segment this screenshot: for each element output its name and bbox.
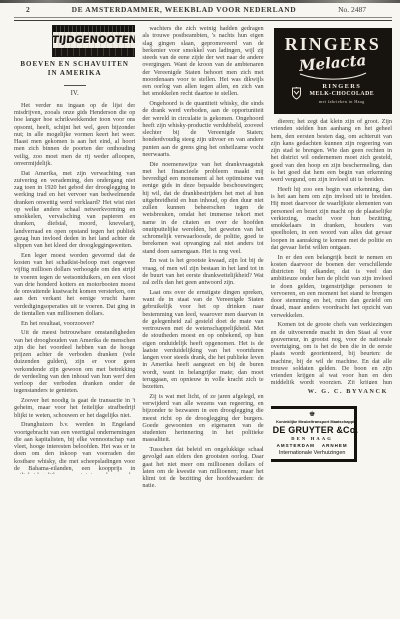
paragraph: Ongehoord is de quantiteit whisky, die s… bbox=[142, 100, 263, 158]
column-3: RINGERS Melacta RINGERS MELK-CHOCOLADE m… bbox=[271, 22, 392, 497]
newspaper-page: 2 DE AMSTERDAMMER, WEEKBLAD VOOR NEDERLA… bbox=[0, 0, 400, 619]
paragraph: wachters die zich weinig hadden gedragen… bbox=[142, 25, 263, 98]
column-3-text: dieren; het zegt dat klein zijn of groot… bbox=[271, 118, 392, 384]
gruyter-branch-amsterdam: AMSTERDAM bbox=[277, 443, 315, 448]
paragraph: Dranghuizen b.v. werden in Engeland voor… bbox=[14, 421, 135, 474]
paragraph: Heeft hij zoo een begin van erkenning, d… bbox=[271, 186, 392, 251]
gruyter-service-line: Internationale Verhuizingen bbox=[273, 450, 352, 456]
ringers-sub-brand: RINGERS bbox=[309, 83, 374, 91]
paragraph: Het verder nu ingaan op de lijst der mis… bbox=[14, 102, 135, 167]
crest-icon bbox=[291, 87, 302, 100]
ringers-tagline: met fabrieken in Haag bbox=[309, 99, 374, 104]
ringers-product-name: Melacta bbox=[299, 53, 367, 74]
column-2-text: wachters die zich weinig hadden gedragen… bbox=[142, 22, 263, 488]
paragraph: En het resultaat, voorzoover? bbox=[14, 320, 135, 327]
paragraph: In er den een belangrijk bezit te nemen … bbox=[271, 254, 392, 319]
ringers-sub-product: MELK-CHOCOLADE bbox=[309, 91, 374, 98]
article-title-line1: BOEVEN EN SCHAVUITEN bbox=[14, 60, 135, 69]
paragraph: Een leger moest worden gevormd dat de ko… bbox=[14, 252, 135, 317]
tijdgenooten-logo: TIJDGENOOTEN bbox=[52, 25, 135, 57]
paragraph: Dat Amerika, met zijn verwachting van zu… bbox=[14, 170, 135, 250]
author-signature: W. G. C. BYVANCK bbox=[271, 388, 388, 395]
logo-title: TIJDGENOOTEN bbox=[51, 35, 135, 46]
paragraph: Zoover het noodig is gaat de transactie … bbox=[14, 397, 135, 419]
paragraph: Tusschen dat beleid en ongelukkige schaa… bbox=[142, 446, 263, 488]
gruyter-company-type: Koninklijke Meubeltransport Maatschappij bbox=[276, 419, 349, 424]
gruyter-branch-arnhem: ARNHEM bbox=[322, 443, 348, 448]
page-header: 2 DE AMSTERDAMMER, WEEKBLAD VOOR NEDERLA… bbox=[14, 5, 392, 14]
column-2: wachters die zich weinig hadden gedragen… bbox=[142, 22, 263, 497]
page-number: 2 bbox=[14, 5, 30, 14]
column-1-text: Het verder nu ingaan op de lijst der mis… bbox=[14, 102, 135, 474]
paragraph: Uit de meest betrouwbare omstandigheden … bbox=[14, 329, 135, 394]
logo-title-area: TIJDGENOOTEN bbox=[53, 32, 135, 48]
column-1: TIJDGENOOTEN BOEVEN EN SCHAVUITEN IN AME… bbox=[14, 22, 135, 497]
paragraph: dieren; het zegt dat klein zijn of groot… bbox=[271, 118, 392, 183]
title-divider-rule bbox=[64, 85, 86, 86]
paragraph: Zij is wat met licht, of ze jaren afgele… bbox=[142, 393, 263, 444]
ringers-product-text: RINGERS MELK-CHOCOLADE met fabrieken in … bbox=[309, 83, 374, 104]
paragraph: Die noemenswijze van het drankvraagstuk … bbox=[142, 161, 263, 255]
masthead-title: DE AMSTERDAMMER, WEEKBLAD VOOR NEDERLAND bbox=[72, 5, 297, 14]
article-columns: TIJDGENOOTEN BOEVEN EN SCHAVUITEN IN AME… bbox=[14, 22, 392, 497]
article-title: BOEVEN EN SCHAVUITEN IN AMERIKA bbox=[14, 60, 135, 79]
paragraph: Komen tot de groote chefs van verkiezing… bbox=[271, 321, 392, 384]
paragraph: Laat ons over de ernstigste dingen sprek… bbox=[142, 289, 263, 391]
de-gruyter-advertisement: ♚ Koninklijke Meubeltransport Maatschapp… bbox=[271, 406, 357, 462]
article-title-line2: IN AMERIKA bbox=[14, 69, 135, 78]
gruyter-company-name: DE GRUYTER &Co. bbox=[273, 425, 352, 435]
logo-ornament-band-bottom bbox=[53, 48, 135, 56]
ringers-advertisement: RINGERS Melacta RINGERS MELK-CHOCOLADE m… bbox=[274, 28, 392, 114]
ringers-brand-name: RINGERS bbox=[274, 35, 392, 53]
header-divider-rule bbox=[14, 17, 392, 21]
ringers-ad-footer: RINGERS MELK-CHOCOLADE met fabrieken in … bbox=[274, 83, 392, 104]
gruyter-city: DEN HAAG bbox=[273, 436, 352, 441]
paragraph: En wat is het grootste kwaad, zijn lot b… bbox=[142, 257, 263, 286]
issue-number: No. 2487 bbox=[338, 5, 366, 14]
gruyter-branches: AMSTERDAM ARNHEM bbox=[273, 443, 352, 448]
chapter-number: IV. bbox=[14, 90, 135, 97]
scan-edge-artifact bbox=[0, 0, 400, 3]
crown-icon: ♚ bbox=[273, 411, 352, 419]
